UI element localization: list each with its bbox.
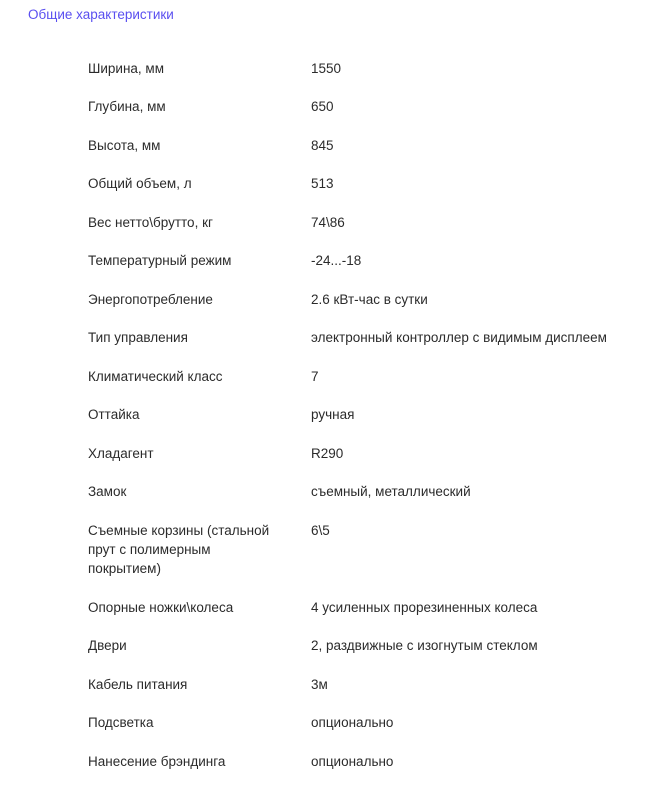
spec-label: Опорные ножки\колеса <box>88 598 311 617</box>
spec-label: Нанесение брэндинга <box>88 752 311 771</box>
spec-label: Двери <box>88 636 311 655</box>
spec-row-height: Высота, мм 845 <box>88 136 658 155</box>
spec-row-doors: Двери 2, раздвижные с изогнутым стеклом <box>88 636 658 655</box>
spec-value: 7 <box>311 367 658 386</box>
spec-value: -24...-18 <box>311 251 658 270</box>
spec-value: 6\5 <box>311 521 658 540</box>
spec-row-temperature: Температурный режим -24...-18 <box>88 251 658 270</box>
spec-value: электронный контроллер с видимым дисплее… <box>311 328 658 347</box>
spec-label: Съемные корзины (стальной прут с полимер… <box>88 521 278 579</box>
spec-row-lighting: Подсветка опционально <box>88 713 658 732</box>
spec-label: Энергопотребление <box>88 290 311 309</box>
spec-value: опционально <box>311 713 658 732</box>
spec-row-lock: Замок съемный, металлический <box>88 482 658 501</box>
spec-row-energy: Энергопотребление 2.6 кВт-час в сутки <box>88 290 658 309</box>
spec-row-refrigerant: Хладагент R290 <box>88 444 658 463</box>
spec-value: 1550 <box>311 59 658 78</box>
spec-row-control-type: Тип управления электронный контроллер с … <box>88 328 658 347</box>
spec-label: Кабель питания <box>88 675 311 694</box>
spec-row-weight: Вес нетто\брутто, кг 74\86 <box>88 213 658 232</box>
spec-label: Тип управления <box>88 328 311 347</box>
spec-value: 3м <box>311 675 658 694</box>
spec-label: Хладагент <box>88 444 311 463</box>
spec-label: Оттайка <box>88 405 311 424</box>
spec-value: ручная <box>311 405 658 424</box>
spec-row-defrost: Оттайка ручная <box>88 405 658 424</box>
spec-label: Вес нетто\брутто, кг <box>88 213 311 232</box>
spec-label: Температурный режим <box>88 251 311 270</box>
spec-label: Замок <box>88 482 311 501</box>
spec-row-power-cable: Кабель питания 3м <box>88 675 658 694</box>
section-title-general-characteristics[interactable]: Общие характеристики <box>28 6 174 24</box>
spec-value: съемный, металлический <box>311 482 658 501</box>
spec-row-legs-wheels: Опорные ножки\колеса 4 усиленных прорези… <box>88 598 658 617</box>
spec-value: R290 <box>311 444 658 463</box>
spec-value: опционально <box>311 752 658 771</box>
spec-row-baskets: Съемные корзины (стальной прут с полимер… <box>88 521 658 579</box>
spec-row-volume: Общий объем, л 513 <box>88 174 658 193</box>
spec-value: 513 <box>311 174 658 193</box>
spec-label: Общий объем, л <box>88 174 311 193</box>
spec-label: Ширина, мм <box>88 59 311 78</box>
spec-label: Подсветка <box>88 713 311 732</box>
spec-value: 845 <box>311 136 658 155</box>
spec-value: 2.6 кВт-час в сутки <box>311 290 658 309</box>
spec-row-branding: Нанесение брэндинга опционально <box>88 752 658 771</box>
spec-value: 4 усиленных прорезиненных колеса <box>311 598 658 617</box>
spec-label: Климатический класс <box>88 367 311 386</box>
spec-row-climate-class: Климатический класс 7 <box>88 367 658 386</box>
specs-table: Ширина, мм 1550 Глубина, мм 650 Высота, … <box>88 59 658 787</box>
spec-label: Высота, мм <box>88 136 311 155</box>
spec-row-depth: Глубина, мм 650 <box>88 97 658 116</box>
spec-row-width: Ширина, мм 1550 <box>88 59 658 78</box>
spec-value: 2, раздвижные с изогнутым стеклом <box>311 636 658 655</box>
spec-value: 650 <box>311 97 658 116</box>
spec-value: 74\86 <box>311 213 658 232</box>
spec-label: Глубина, мм <box>88 97 311 116</box>
